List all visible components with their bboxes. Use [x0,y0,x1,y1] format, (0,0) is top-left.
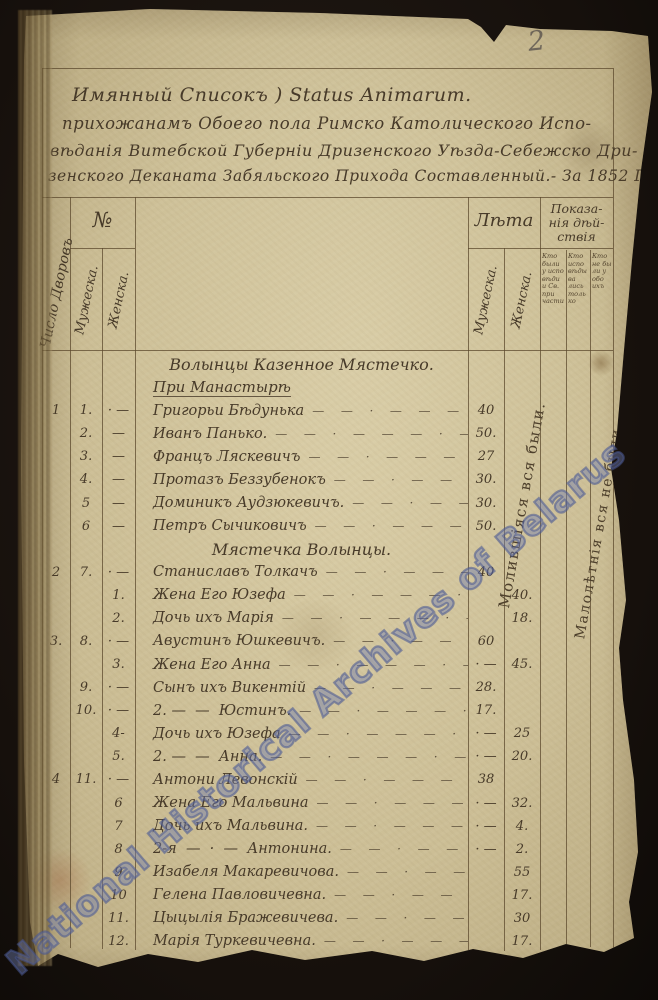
age-male: · — [468,842,504,857]
male-number: 7. [70,565,102,580]
name-text: При Манастырѣ [153,378,291,397]
leader-dashes: — — · — — — · — — — · — — — · — — [298,773,468,787]
name-text: Станиславъ Толкачъ [153,564,318,580]
female-number: 4- [102,726,135,741]
female-number: 7 [102,819,135,834]
male-number: 2. [70,426,102,441]
age-male: 30. [468,472,504,487]
section-title: Мястечка Волынцы. [135,540,468,559]
person-name: 2. — — Анна.— — · — — — · — — — · — — — … [135,749,468,765]
table-rule [613,68,614,949]
name-text: Иванъ Панько. [153,426,267,442]
male-number: 9. [70,680,102,695]
age-female: 18. [504,611,540,626]
female-number: · — [102,565,135,580]
age-female: 17. [504,934,540,949]
female-number: 12. [102,934,135,949]
column-header-absent: Кто не бы ли у обо ихъ [592,253,612,349]
page-number: 2 [526,25,546,58]
table-row: 411.· —Антони Левонскій— — · — — — · — —… [42,768,613,791]
leader-dashes: — — · — — — · — — — · — — — · — — [316,934,468,948]
person-name: Иванъ Панько.— — · — — — · — — — · — — —… [135,426,468,442]
male-number: 4. [70,472,102,487]
name-text: Григорьи Бѣдунька [153,403,304,419]
female-number: — [102,472,135,487]
name-text: Авустинъ Юшкевичъ. [153,633,325,649]
male-number: 5 [70,496,102,511]
person-name: Станиславъ Толкачъ— — · — — — · — — — · … [135,564,468,580]
section-title: При Манастырѣ [135,378,468,397]
age-female: 55 [504,865,540,880]
table-row: 1.Жена Его Юзефа— — · — — — · — — — · — … [42,584,613,607]
female-number: 3. [102,657,135,672]
leader-dashes: — — · — — — · — — — · — — — · — — [332,842,468,856]
female-number: · — [102,703,135,718]
female-number: · — [102,772,135,787]
leader-dashes: — — · — — — · — — — · — — — · — — [338,911,468,925]
male-number: 3. [70,449,102,464]
person-name: Гелена Павловичевна.— — · — — — · — — — … [135,887,468,903]
age-female: 20. [504,749,540,764]
leader-dashes: — — · — — — · — — — · — — — · — — [339,865,468,879]
title-line-3: вѣданія Витебской Губерніи Дризенского У… [50,141,638,160]
female-number: · — [102,403,135,418]
column-header-ages: Лѣта [468,210,540,231]
age-female: 2. [504,842,540,857]
female-number: — [102,496,135,511]
name-text: Францъ Ляскевичъ [153,449,300,465]
male-number: 6 [70,519,102,534]
age-male: · — [468,726,504,741]
age-female: 4. [504,819,540,834]
table-row: 7Дочь ихъ Мальвина.— — · — — — · — — — ·… [42,815,613,838]
male-number: 1. [70,403,102,418]
leader-dashes: — — · — — — · — — — · — — — · — — [326,888,468,902]
section-heading-row: При Манастырѣ [42,376,613,399]
title-line-1: Имянный Списокъ ) Status Animarum. [72,84,472,106]
male-number: 8. [70,634,102,649]
table-row: 6Жена Его Мальвина— — · — — — · — — — · … [42,791,613,814]
age-male: · — [468,819,504,834]
age-male: · — [468,657,504,672]
person-name: Францъ Ляскевичъ— — · — — — · — — — · — … [135,449,468,465]
person-name: Марія Туркевичевна.— — · — — — · — — — ·… [135,933,468,949]
column-header-confession-only: Кто испо вѣды ва лись толь ко [568,253,589,349]
name-text: Цыцылія Бражевичева. [153,910,338,926]
book-binding-edge [18,10,52,966]
age-female: 45. [504,657,540,672]
leader-dashes: — — · — — — · — — — · — — — · — — [308,819,468,833]
leader-dashes: — — · — — — · — — — · — — — · — — [309,796,468,810]
table-row: 27.· —Станиславъ Толкачъ— — · — — — · — … [42,561,613,584]
table-row: 2.Дочь ихъ Марія— — · — — — · — — — · — … [42,607,613,630]
name-text: 2. — — Юстинъ. [153,703,291,719]
leader-dashes: — — · — — — · — — — · — — — · — — [307,519,468,533]
name-text: Волынцы Казенное Мястечко. [169,355,434,374]
age-male: 17. [468,703,504,718]
column-header-number: № [70,208,135,232]
person-name: Изабеля Макаревичова.— — · — — — · — — —… [135,864,468,880]
male-number: 10. [70,703,102,718]
person-name: Доминикъ Аудзюкевичъ.— — · — — — · — — —… [135,495,468,511]
person-name: Цыцылія Бражевичева.— — · — — — · — — — … [135,910,468,926]
name-text: Доминикъ Аудзюкевичъ. [153,495,344,511]
name-text: Петръ Сычиковичъ [153,518,307,534]
leader-dashes: — — · — — — · — — — · — — — · — — [267,427,468,441]
female-number: 6 [102,796,135,811]
age-female: 17. [504,888,540,903]
title-line-2: прихожанамъ Обоего пола Римско Католичес… [62,114,592,133]
table-rule [42,350,613,351]
age-male: 38 [468,772,504,787]
age-male: 40 [468,403,504,418]
section-title: Волынцы Казенное Мястечко. [135,355,468,374]
name-text: Жена Его Юзефа [153,587,286,603]
person-name: Петръ Сычиковичъ— — · — — — · — — — · — … [135,518,468,534]
male-number: 11. [70,772,102,787]
table-rule [42,197,613,198]
column-header-indications: Показа- нія дѣй- ствія [540,202,613,244]
name-text: Марія Туркевичевна. [153,933,316,949]
table-rule [42,68,613,69]
female-number: 2. [102,611,135,626]
table-rule [70,248,135,249]
table-rule [468,248,613,249]
female-number: — [102,426,135,441]
age-male: · — [468,749,504,764]
section-heading-row: Волынцы Казенное Мястечко. [42,353,613,376]
person-name: Григорьи Бѣдунька— — · — — — · — — — · —… [135,403,468,419]
person-name: Протазъ Беззубенокъ— — · — — — · — — — ·… [135,472,468,488]
age-male: 50. [468,426,504,441]
photo-background: 2 Имянный Списокъ ) Status Animarum. при… [0,0,658,1000]
table-row: 3.8.· —Авустинъ Юшкевичъ.— — · — — — · —… [42,630,613,653]
table-row: 5.2. — — Анна.— — · — — — · — — — · — — … [42,745,613,768]
female-number: — [102,449,135,464]
age-male: 60 [468,634,504,649]
title-line-4: зенского Деканата Забяльского Прихода Со… [48,167,658,185]
age-female: 30 [504,911,540,926]
leader-dashes: — — · — — — · — — — · — — — · — — [344,496,468,510]
name-text: Гелена Павловичевна. [153,887,326,903]
age-female: 25 [504,726,540,741]
name-text: Дочь ихъ Марія [153,610,274,626]
female-number: 1. [102,588,135,603]
female-number: 5. [102,749,135,764]
name-text: Изабеля Макаревичова. [153,864,339,880]
name-text: Мястечка Волынцы. [212,540,391,559]
table-row: 11.Цыцылія Бражевичева.— — · — — — · — —… [42,907,613,930]
age-male: 28. [468,680,504,695]
person-name: Антони Левонскій— — · — — — · — — — · — … [135,772,468,788]
age-male: · — [468,796,504,811]
female-number: · — [102,680,135,695]
female-number: · — [102,634,135,649]
leader-dashes: — — · — — — · — — — · — — — · — — [304,404,468,418]
table-row: 12.Марія Туркевичевна.— — · — — — · — — … [42,930,613,953]
age-female: 32. [504,796,540,811]
table-row: 4-Дочь ихъ Юзефа— — · — — — · — — — · — … [42,722,613,745]
female-number: — [102,519,135,534]
leader-dashes: — — · — — — · — — — · — — — · — — [326,473,468,487]
age-male: 27 [468,449,504,464]
age-male: 30. [468,496,504,511]
column-header-confession-communion: Кто были у испо вѣди и Св. при части [542,253,565,349]
name-text: Сынъ ихъ Викентій [153,680,306,696]
leader-dashes: — — · — — — · — — — · — — — · — — [300,450,468,464]
person-name: Жена Его Анна— — · — — — · — — — · — — —… [135,657,468,673]
name-text: Протазъ Беззубенокъ [153,472,326,488]
name-text: Жена Его Анна [153,657,271,673]
